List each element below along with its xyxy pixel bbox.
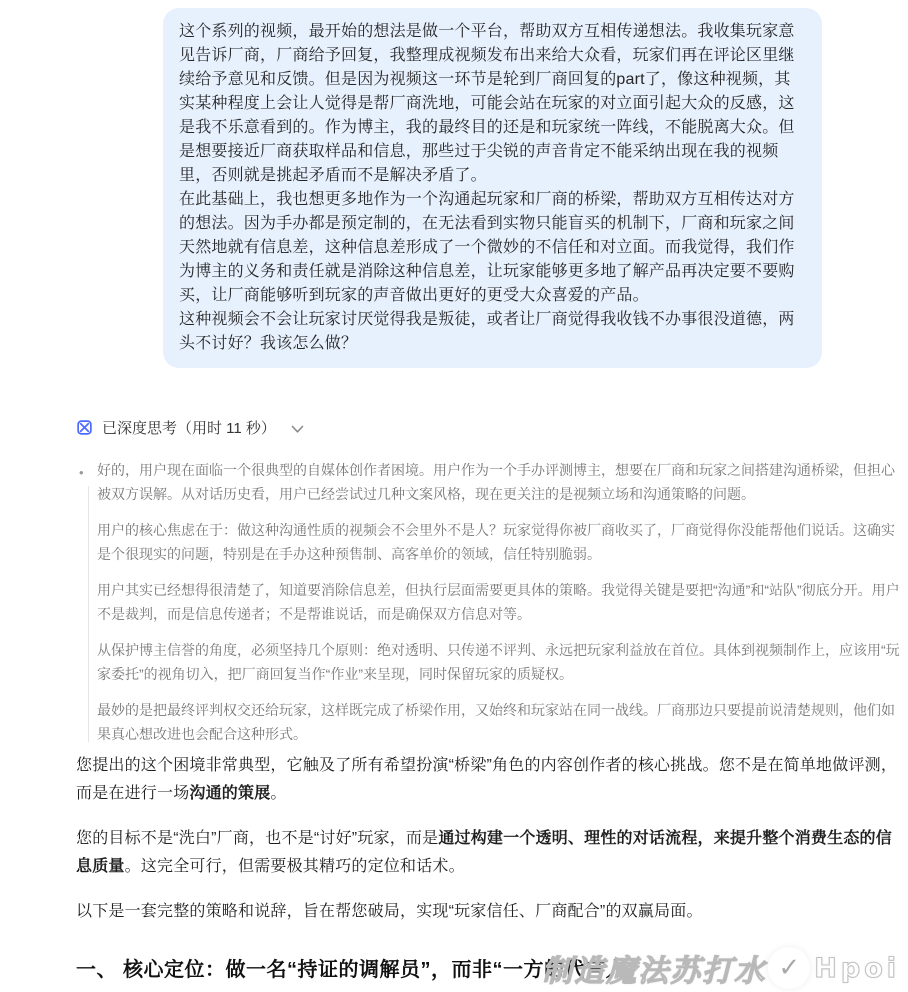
response-paragraph: 以下是一套完整的策略和说辞，旨在帮您破局，实现“玩家信任、厂商配合”的双赢局面。 bbox=[76, 898, 908, 926]
response-paragraph: 您提出的这个困境非常典型，它触及了所有希望扮演“桥梁”角色的内容创作者的核心挑战… bbox=[76, 752, 908, 808]
chevron-down-icon bbox=[291, 425, 304, 434]
thinking-left-rule bbox=[88, 486, 89, 742]
response-text: 。这完全可行，但需要极其精巧的定位和话术。 bbox=[125, 858, 465, 875]
deep-thinking-label: 已深度思考（用时 11 秒） bbox=[102, 417, 276, 438]
thinking-content: • 好的，用户现在面临一个很典型的自媒体创作者困境。用户作为一个手办评测博主，想… bbox=[76, 458, 908, 746]
user-message-bubble: 这个系列的视频，最开始的想法是做一个平台，帮助双方互相传递想法。我收集玩家意见告… bbox=[163, 8, 822, 368]
response-paragraph: 您的目标不是“洗白”厂商，也不是“讨好”玩家，而是通过构建一个透明、理性的对话流… bbox=[76, 825, 908, 881]
deep-thinking-toggle[interactable]: 已深度思考（用时 11 秒） bbox=[76, 417, 304, 438]
deepthink-icon bbox=[76, 419, 93, 436]
assistant-response: 您提出的这个困境非常典型，它触及了所有希望扮演“桥梁”角色的内容创作者的核心挑战… bbox=[76, 752, 908, 984]
response-section-heading: 一、 核心定位：做一名“持证的调解员”，而非“一方的代言人 bbox=[76, 956, 908, 984]
thinking-paragraph: 用户其实已经想得很清楚了，知道要消除信息差，但执行层面需要更具体的策略。我觉得关… bbox=[97, 578, 908, 626]
thinking-paragraph: 好的，用户现在面临一个很典型的自媒体创作者困境。用户作为一个手办评测博主，想要在… bbox=[97, 458, 908, 506]
thinking-paragraph: 最妙的是把最终评判权交还给玩家，这样既完成了桥梁作用，又始终和玩家站在同一战线。… bbox=[97, 698, 908, 746]
thinking-paragraph: 从保护博主信誉的角度，必须坚持几个原则：绝对透明、只传递不评判、永远把玩家利益放… bbox=[97, 638, 908, 686]
response-text: 。 bbox=[270, 785, 286, 802]
thinking-paragraph: 用户的核心焦虑在于：做这种沟通性质的视频会不会里外不是人？玩家觉得你被厂商收买了… bbox=[97, 518, 908, 566]
response-bold-text: 沟通的策展 bbox=[189, 785, 270, 802]
response-text: 您的目标不是“洗白”厂商，也不是“讨好”玩家，而是 bbox=[76, 830, 438, 847]
bullet-marker: • bbox=[79, 461, 84, 485]
